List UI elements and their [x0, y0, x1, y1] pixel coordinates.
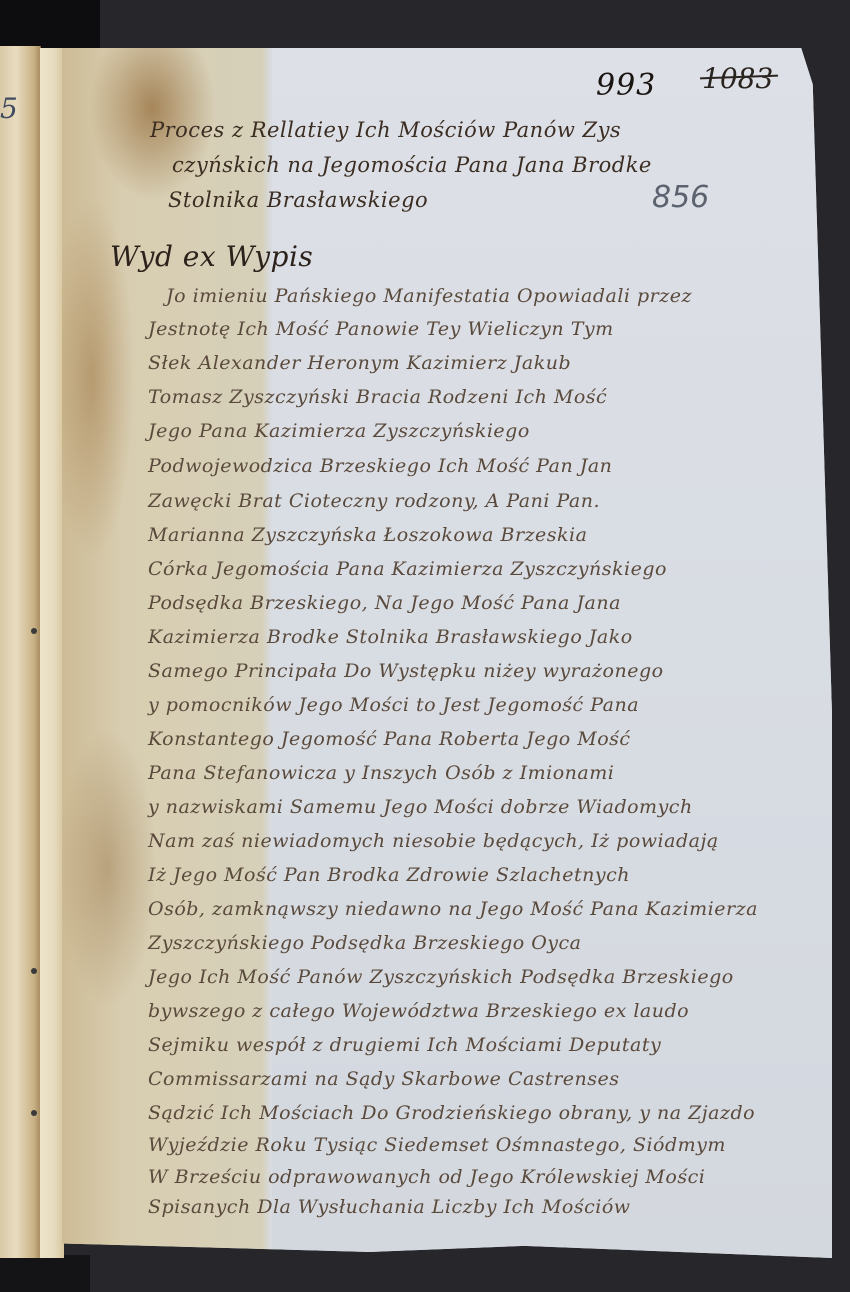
body-line: Jo imieniu Pańskiego Manifestatia Opowia…: [166, 285, 692, 307]
folio-number: 993: [596, 68, 656, 103]
body-line: Słek Alexander Heronym Kazimierz Jakub: [148, 352, 571, 374]
body-line: Jego Pana Kazimierza Zyszczyńskiego: [148, 420, 530, 442]
body-line: Iż Jego Mość Pan Brodka Zdrowie Szlachet…: [148, 864, 630, 886]
body-line: y nazwiskami Samemu Jego Mości dobrze Wi…: [148, 796, 693, 818]
archive-pencil-number: 856: [652, 180, 709, 215]
scanner-background: [0, 1255, 90, 1292]
body-line: Kazimierza Brodke Stolnika Brasławskiego…: [148, 626, 633, 648]
binding-stitch: [31, 1110, 37, 1116]
binding-strip: [40, 48, 64, 1258]
margin-mark: 5: [0, 92, 18, 125]
heading-line: Proces z Rellatiey Ich Mościów Panów Zys: [150, 118, 621, 142]
body-line: Podwojewodzica Brzeskiego Ich Mość Pan J…: [148, 455, 612, 477]
body-line: Jestnotę Ich Mość Panowie Tey Wieliczyn …: [148, 318, 614, 340]
binding-stitch: [31, 628, 37, 634]
previous-leaf-edge: [0, 46, 41, 1258]
binding-stitch: [31, 968, 37, 974]
body-line: y pomocników Jego Mości to Jest Jegomość…: [148, 694, 639, 716]
heading-line: czyńskich na Jegomościa Pana Jana Brodke: [172, 153, 652, 177]
body-line: Samego Principała Do Występku niżey wyra…: [148, 660, 664, 682]
body-line: Zawęcki Brat Cioteczny rodzony, A Pani P…: [148, 490, 600, 512]
body-line: Córka Jegomościa Pana Kazimierza Zyszczy…: [148, 558, 667, 580]
body-line: Pana Stefanowicza y Inszych Osób z Imion…: [148, 762, 614, 784]
body-line: Sejmiku wespół z drugiemi Ich Mościami D…: [148, 1034, 661, 1056]
body-line: Wyjeździe Roku Tysiąc Siedemset Ośmnaste…: [148, 1134, 726, 1156]
body-line: Spisanych Dla Wysłuchania Liczby Ich Moś…: [148, 1196, 631, 1218]
body-line: W Brześciu odprawowanych od Jego Królews…: [148, 1166, 705, 1188]
body-line: Konstantego Jegomość Pana Roberta Jego M…: [148, 728, 631, 750]
body-line: bywszego z całego Województwa Brzeskiego…: [148, 1000, 689, 1022]
heading-line: Stolnika Brasławskiego: [168, 188, 428, 212]
scanner-background: [0, 0, 100, 50]
body-line: Sądzić Ich Mościach Do Grodzieńskiego ob…: [148, 1102, 755, 1124]
body-line: Podsędka Brzeskiego, Na Jego Mość Pana J…: [148, 592, 621, 614]
body-line: Jego Ich Mość Panów Zyszczyńskich Podsęd…: [148, 966, 734, 988]
body-line: Tomasz Zyszczyński Bracia Rodzeni Ich Mo…: [148, 386, 607, 408]
body-line: Osób, zamknąwszy niedawno na Jego Mość P…: [148, 898, 758, 920]
salutation: Wyd ex Wypis: [110, 240, 313, 273]
body-line: Commissarzami na Sądy Skarbowe Castrense…: [148, 1068, 620, 1090]
body-line: Marianna Zyszczyńska Łoszokowa Brzeskia: [148, 524, 587, 546]
body-line: Zyszczyńskiego Podsędka Brzeskiego Oyca: [148, 932, 582, 954]
body-line: Nam zaś niewiadomych niesobie będących, …: [148, 830, 719, 852]
